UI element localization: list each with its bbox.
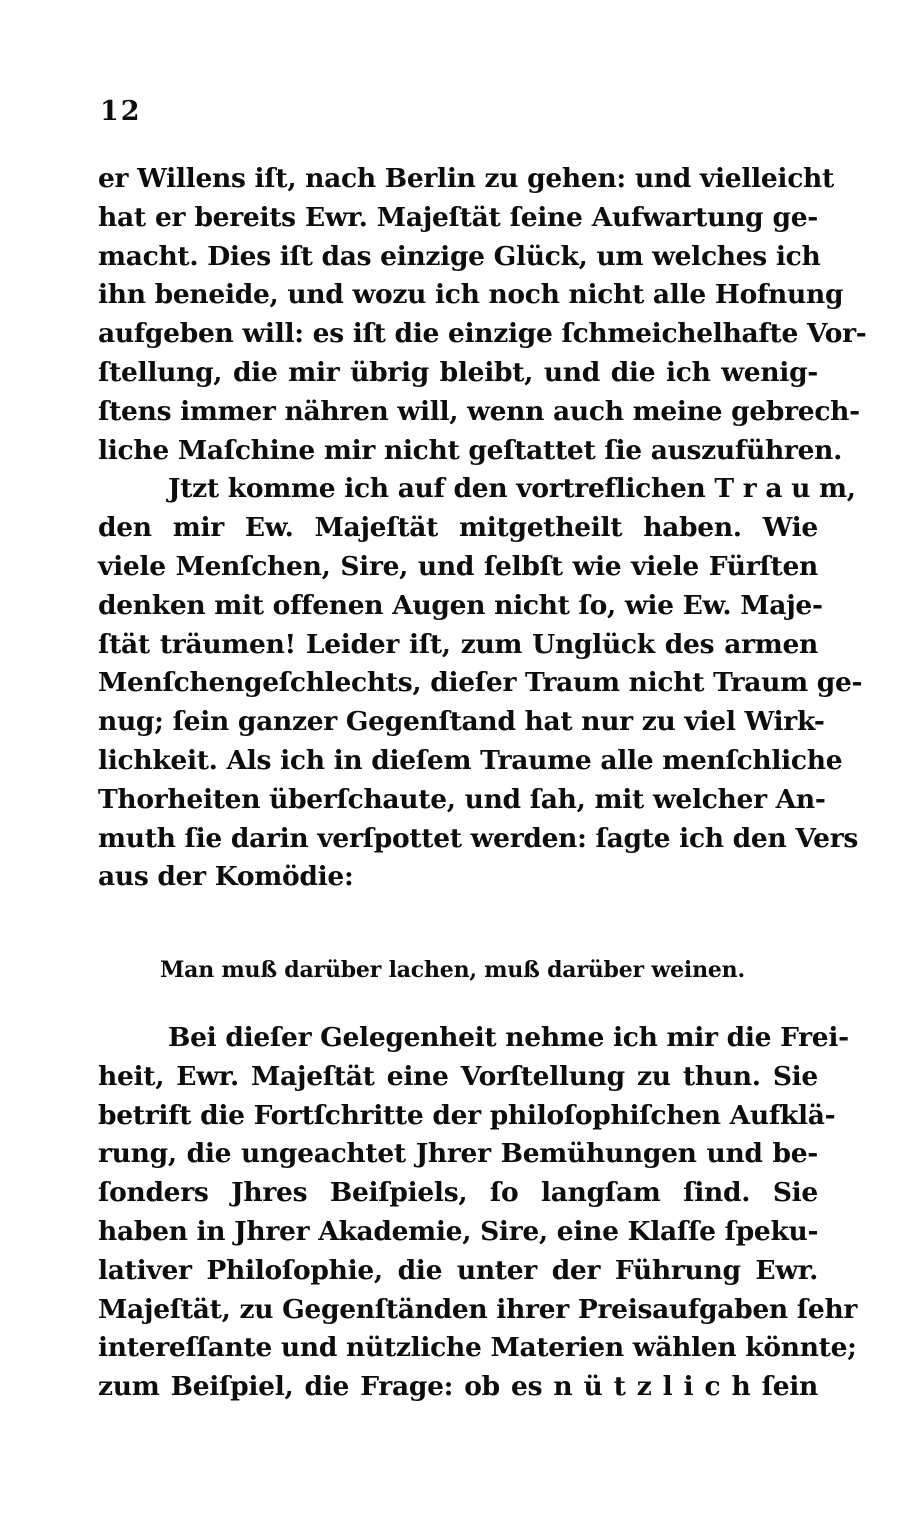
- page-number: 12: [100, 96, 142, 127]
- text-line: ſtellung, die mir übrig bleibt, und die …: [98, 354, 818, 393]
- text-line: ſonders Jhres Beiſpiels, ſo langſam ſind…: [98, 1174, 818, 1213]
- text-line: ſtens immer nähren will, wenn auch meine…: [98, 393, 818, 432]
- text-line: Jtzt komme ich auf den vortreflichen T r…: [98, 470, 818, 509]
- text-line: zum Beiſpiel, die Frage: ob es n ü t z l…: [98, 1368, 818, 1407]
- text-line: ſtät träumen! Leider iſt, zum Unglück de…: [98, 626, 818, 665]
- text-line: ihn beneide, und wozu ich noch nicht all…: [98, 276, 818, 315]
- text-line: Majeſtät, zu Gegenſtänden ihrer Preisauf…: [98, 1291, 818, 1330]
- text-line: nug; ſein ganzer Gegenſtand hat nur zu v…: [98, 703, 818, 742]
- text-block-upper: er Willens iſt, nach Berlin zu gehen: un…: [98, 160, 818, 897]
- text-line: liche Maſchine mir nicht geſtattet ſie a…: [98, 432, 818, 471]
- text-line: den mir Ew. Majeſtät mitgetheilt haben. …: [98, 509, 818, 548]
- text-line: muth ſie darin verſpottet werden: ſagte …: [98, 820, 818, 859]
- text-line: betrift die Fortſchritte der philoſophiſ…: [98, 1097, 818, 1136]
- text-line: lativer Philoſophie, die unter der Führu…: [98, 1252, 818, 1291]
- text-line: rung, die ungeachtet Jhrer Bemühungen un…: [98, 1135, 818, 1174]
- text-line: viele Menſchen, Sire, und ſelbſt wie vie…: [98, 548, 818, 587]
- text-line: macht. Dies iſt das einzige Glück, um we…: [98, 238, 818, 277]
- text-line: heit, Ewr. Majeſtät eine Vorſtellung zu …: [98, 1058, 818, 1097]
- paragraph-2: Jtzt komme ich auf den vortreflichen T r…: [98, 470, 818, 897]
- text-line: Bei dieſer Gelegenheit nehme ich mir die…: [98, 1019, 818, 1058]
- text-line: intereſſante und nützliche Materien wähl…: [98, 1329, 818, 1368]
- text-line: lichkeit. Als ich in dieſem Traume alle …: [98, 742, 818, 781]
- text-line: er Willens iſt, nach Berlin zu gehen: un…: [98, 160, 818, 199]
- paragraph-1: er Willens iſt, nach Berlin zu gehen: un…: [98, 160, 818, 470]
- text-line: aufgeben will: es iſt die einzige ſchmei…: [98, 315, 818, 354]
- book-page: 12 er Willens iſt, nach Berlin zu gehen:…: [0, 0, 900, 1533]
- verse-quote: Man muß darüber lachen, muß darüber wein…: [160, 955, 745, 985]
- text-line: denken mit offenen Augen nicht ſo, wie E…: [98, 587, 818, 626]
- text-block-lower: Bei dieſer Gelegenheit nehme ich mir die…: [98, 1019, 818, 1407]
- text-line: haben in Jhrer Akademie, Sire, eine Klaſ…: [98, 1213, 818, 1252]
- text-line: Menſchengeſchlechts, dieſer Traum nicht …: [98, 664, 818, 703]
- text-line: aus der Komödie:: [98, 858, 818, 897]
- paragraph-3: Bei dieſer Gelegenheit nehme ich mir die…: [98, 1019, 818, 1407]
- text-line: Thorheiten überſchaute, und ſah, mit wel…: [98, 781, 818, 820]
- text-line: hat er bereits Ewr. Majeſtät ſeine Aufwa…: [98, 199, 818, 238]
